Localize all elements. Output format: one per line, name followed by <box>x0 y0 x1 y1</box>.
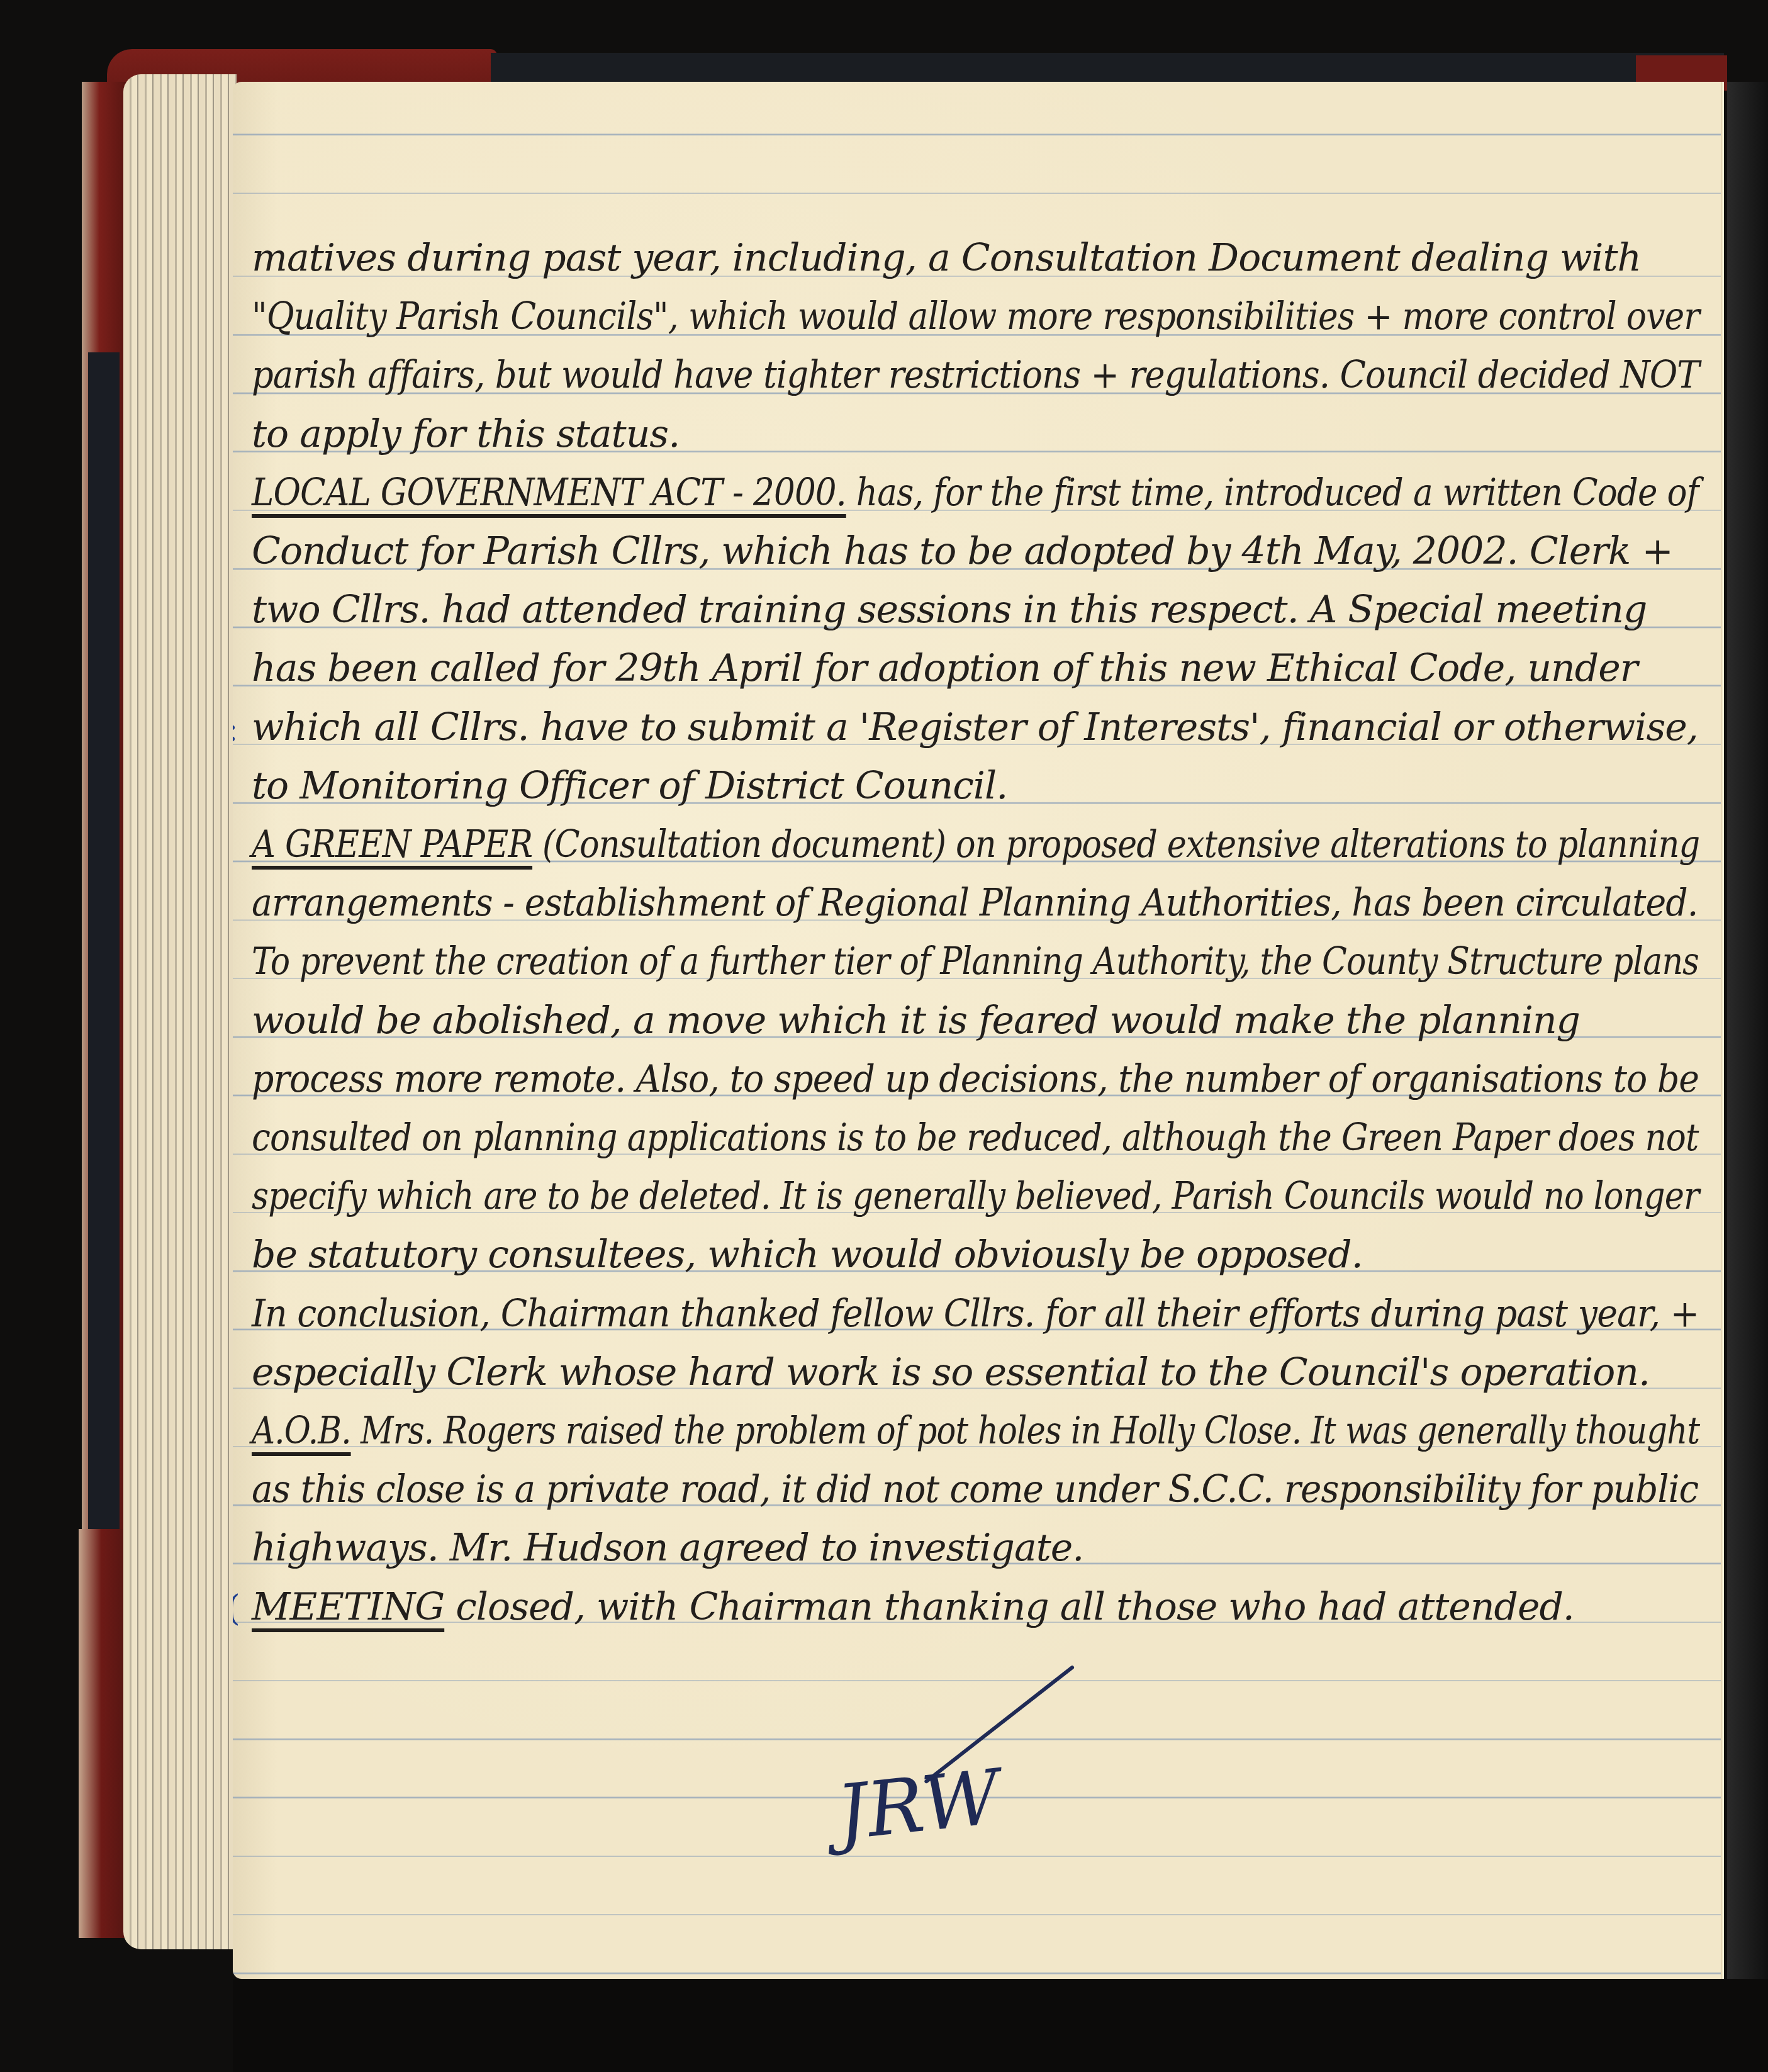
line-text: two Cllrs. had attended training session… <box>252 588 1647 632</box>
margin-mark: ( <box>233 1588 240 1629</box>
section-heading: A.O.B. <box>252 1409 351 1453</box>
handwritten-line: matives during past year, including, a C… <box>252 239 1641 277</box>
line-text: as this close is a private road, it did … <box>252 1467 1698 1511</box>
line-text: matives during past year, including, a C… <box>252 236 1641 280</box>
handwritten-line: has been called for 29th April for adopt… <box>252 649 1637 687</box>
handwritten-line: parish affairs, but would have tighter r… <box>252 356 1699 394</box>
line-text: specify which are to be deleted. It is g… <box>252 1174 1699 1218</box>
section-heading: LOCAL GOVERNMENT ACT - 2000. <box>252 471 846 515</box>
book-cover-left-cloth <box>88 352 120 1548</box>
handwritten-line: especially Clerk whose hard work is so e… <box>252 1353 1650 1391</box>
handwritten-line: to Monitoring Officer of District Counci… <box>252 767 1007 805</box>
handwritten-line: Conduct for Parish Cllrs, which has to b… <box>252 532 1673 570</box>
handwritten-line: arrangements - establishment of Regional… <box>252 884 1698 922</box>
handwritten-line: specify which are to be deleted. It is g… <box>252 1177 1699 1215</box>
line-text: be statutory consultees, which would obv… <box>252 1233 1363 1277</box>
book-cover-left-bottom-corner <box>79 1529 129 1938</box>
line-text: process more remote. Also, to speed up d… <box>252 1057 1699 1101</box>
handwritten-line: to apply for this status. <box>252 415 680 453</box>
section-heading: A GREEN PAPER <box>252 822 532 866</box>
line-text: parish affairs, but would have tighter r… <box>252 353 1699 397</box>
handwritten-line: as this close is a private road, it did … <box>252 1470 1698 1508</box>
background-below-page <box>233 1979 1768 2072</box>
line-text: highways. Mr. Hudson agreed to investiga… <box>252 1526 1083 1570</box>
handwritten-line: be statutory consultees, which would obv… <box>252 1236 1363 1274</box>
handwritten-line: highways. Mr. Hudson agreed to investiga… <box>252 1529 1083 1567</box>
line-text: closed, with Chairman thanking all those… <box>444 1585 1574 1629</box>
handwritten-line: A GREEN PAPER (Consultation document) on… <box>252 826 1699 863</box>
page-gutter <box>1721 82 1724 1979</box>
line-text: Mrs. Rogers raised the problem of pot ho… <box>351 1409 1700 1453</box>
line-text: which all Cllrs. have to submit a 'Regis… <box>252 705 1698 749</box>
handwritten-line: "Quality Parish Councils", which would a… <box>252 298 1699 335</box>
line-text: has been called for 29th April for adopt… <box>252 646 1637 690</box>
line-text: "Quality Parish Councils", which would a… <box>252 294 1699 339</box>
margin-mark: : <box>233 708 238 749</box>
handwritten-line: A.O.B. Mrs. Rogers raised the problem of… <box>252 1412 1699 1450</box>
line-text: To prevent the creation of a further tie… <box>252 939 1699 983</box>
section-heading: MEETING <box>252 1585 444 1629</box>
minute-book-page: matives during past year, including, a C… <box>233 82 1724 1979</box>
page-stack-edges <box>123 74 237 1949</box>
handwritten-line: In conclusion, Chairman thanked fellow C… <box>252 1295 1699 1333</box>
handwritten-line: MEETING closed, with Chairman thanking a… <box>252 1588 1574 1626</box>
line-text: (Consultation document) on proposed exte… <box>532 822 1699 866</box>
handwritten-line: which all Cllrs. have to submit a 'Regis… <box>252 708 1698 746</box>
handwritten-line: LOCAL GOVERNMENT ACT - 2000. has, for th… <box>252 474 1698 512</box>
line-text: especially Clerk whose hard work is so e… <box>252 1350 1650 1394</box>
line-text: has, for the first time, introduced a wr… <box>846 471 1699 515</box>
line-text: Conduct for Parish Cllrs, which has to b… <box>252 529 1673 573</box>
signature: JRW <box>832 1754 1004 1857</box>
line-text: to Monitoring Officer of District Counci… <box>252 764 1007 808</box>
handwritten-line: two Cllrs. had attended training session… <box>252 591 1647 629</box>
line-text: to apply for this status. <box>252 412 680 456</box>
line-text: In conclusion, Chairman thanked fellow C… <box>252 1292 1699 1336</box>
line-text: would be abolished, a move which it is f… <box>252 999 1580 1043</box>
handwritten-line: would be abolished, a move which it is f… <box>252 1002 1580 1039</box>
handwritten-line: To prevent the creation of a further tie… <box>252 943 1699 980</box>
handwritten-line: process more remote. Also, to speed up d… <box>252 1060 1699 1098</box>
book-binding-right <box>1727 82 1768 1979</box>
line-text: consulted on planning applications is to… <box>252 1116 1699 1160</box>
line-text: arrangements - establishment of Regional… <box>252 881 1698 925</box>
handwritten-line: consulted on planning applications is to… <box>252 1119 1699 1156</box>
